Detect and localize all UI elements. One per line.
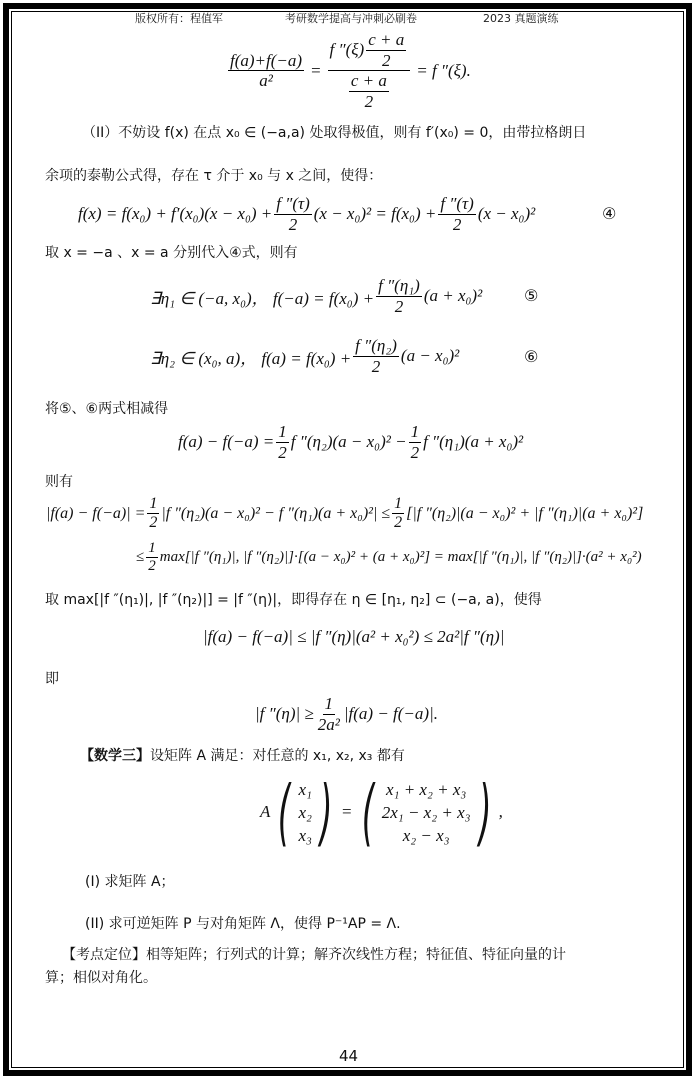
question-2: (II) 求可逆矩阵 P 与对角矩阵 Λ，使得 P⁻¹AP = Λ. <box>85 913 401 933</box>
problem-label: 【数学三】 <box>80 748 150 764</box>
kaodian-line1: 【考点定位】相等矩阵；行列式的计算；解齐次线性方程；特征值、特征向量的计 <box>62 944 566 964</box>
header-book-title: 考研数学提高与冲刺必刷卷 <box>285 10 417 26</box>
vector-rhs: ( x₁ + x₂ + x₃2x₁ − x₂ + x₃x₂ − x₃ ) <box>354 776 499 848</box>
equation-tag-4: ④ <box>602 204 616 223</box>
then-have-label: 则有 <box>45 471 73 491</box>
vector-x: ( x₁x₂x₃ ) <box>270 776 340 848</box>
subtract-line: 将⑤、⑥两式相减得 <box>45 398 168 418</box>
equation-10: |f(a) − f(−a)| ≤ |f ″(η)|(a² + x₀²) ≤ 2a… <box>203 627 504 647</box>
page-number: 44 <box>339 1047 358 1065</box>
substitute-line: 取 x = −a 、x = a 分别代入④式，则有 <box>45 242 298 262</box>
part2-line2: 余项的泰勒公式得，存在 τ 介于 x₀ 与 x 之间，使得： <box>45 165 382 185</box>
equation-tag-6: ⑥ <box>524 347 538 366</box>
equation-5: ∃η₁ ∈ (−a, x₀)， f(−a) = f(x₀) + f ″(η₁)2… <box>150 276 482 316</box>
header-copyright: 版权所有：程值军 <box>135 10 223 26</box>
kaodian-line2: 算；相似对角化。 <box>45 967 157 987</box>
problem-stem: 【数学三】设矩阵 A 满足：对任意的 x₁, x₂, x₃ 都有 <box>80 745 405 765</box>
equation-top: f(a)+f(−a)a² = f ″(ξ) c + a2 c + a2 = f … <box>226 30 471 111</box>
kaodian-label: 【考点定位】 <box>62 947 146 963</box>
equation-4: f(x) = f(x₀) + f′(x₀)(x − x₀) + f ″(τ)2 … <box>78 194 535 234</box>
take-max-line: 取 max[|f ″(η₁)|, |f ″(η₂)|] = |f ″(η)|，即… <box>45 589 542 609</box>
equation-11: |f ″(η)| ≥ 12a² |f(a) − f(−a)|. <box>255 694 438 734</box>
equation-7: f(a) − f(−a) = 12 f ″(η₂)(a − x₀)² − 12 … <box>178 422 523 462</box>
equation-tag-5: ⑤ <box>524 286 538 305</box>
matrix-equation: A ( x₁x₂x₃ ) = ( x₁ + x₂ + x₃2x₁ − x₂ + … <box>260 776 503 848</box>
header-section: 2023 真题演练 <box>483 10 559 26</box>
part2-line1: （II）不妨设 f(x) 在点 x₀ ∈ (−a,a) 处取得极值，则有 f′(… <box>82 122 586 142</box>
equation-6: ∃η₂ ∈ (x₀, a)， f(a) = f(x₀) + f ″(η₂)2 (… <box>150 336 459 376</box>
ji-label: 即 <box>45 668 59 688</box>
equation-8: |f(a) − f(−a)| = 12 |f ″(η₂)(a − x₀)² − … <box>46 495 643 533</box>
equation-9: ≤ 12 max[|f ″(η₁)|, |f ″(η₂)|]·[(a − x₀)… <box>136 540 642 576</box>
question-1: (I) 求矩阵 A； <box>85 871 175 891</box>
